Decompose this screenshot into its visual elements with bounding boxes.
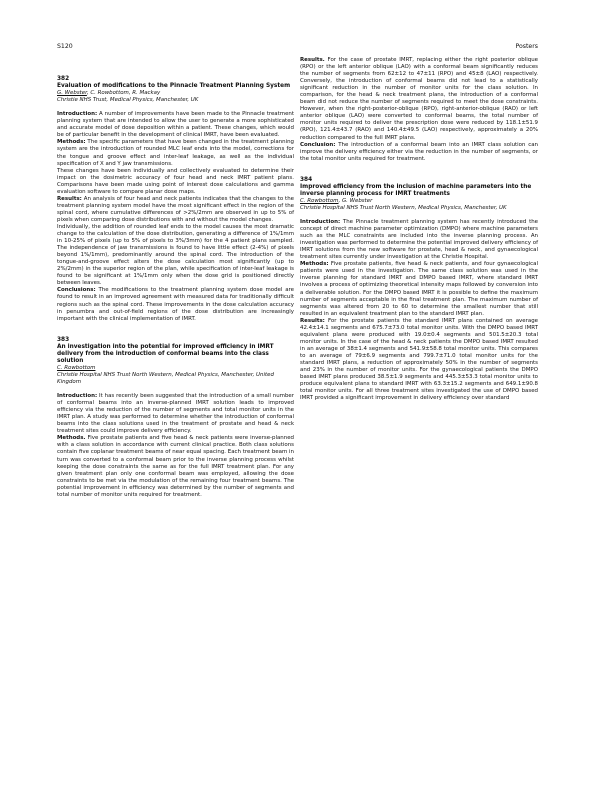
paragraph-results: Results: An analysis of four head and ne… — [57, 196, 294, 224]
paragraph-results: Results: For the prostate patients the s… — [300, 318, 538, 403]
presenting-author: C. Rowbottom — [57, 365, 95, 371]
right-column: Results. For the case of prostate IMRT, … — [300, 57, 538, 416]
abstract-authors: C. Rowbottom — [57, 365, 294, 372]
paragraph-results-cont: Individually, the addition of rounded le… — [57, 224, 294, 287]
abstract-382: 382 Evaluation of modifications to the P… — [57, 76, 294, 323]
paragraph-conclusion: Conclusion: The introduction of a confor… — [300, 142, 538, 163]
paragraph-text: An analysis of four head and neck patien… — [57, 196, 294, 223]
abstract-title: An investigation into the potential for … — [57, 344, 294, 365]
abstract-authors: G. Webster, C. Rowbottom, R. Mackay — [57, 90, 294, 97]
paragraph-lead: Methods: — [57, 139, 86, 145]
paragraph-lead: Methods: — [300, 261, 329, 267]
paragraph-text: The specific parameters that have been c… — [57, 139, 294, 166]
abstract-affiliation: Christie Hospital NHS Trust North Wester… — [300, 205, 538, 212]
coauthors: , C. Rowbottom, R. Mackay — [87, 90, 160, 96]
paragraph-methods: Methods: Five prostate patients, five he… — [300, 261, 538, 317]
paragraph-lead: Methods. — [57, 435, 86, 441]
paragraph-conclusions: Conclusions: The modifications to the tr… — [57, 287, 294, 322]
paragraph-text: Five prostate patients and five head & n… — [57, 435, 294, 497]
abstract-affiliation: Christie Hospital NHS Trust North Wester… — [57, 372, 294, 386]
paragraph-lead: Introduction: — [57, 111, 97, 117]
paragraph-text: Five prostate patients, five head & neck… — [300, 261, 538, 316]
abstract-title: Evaluation of modifications to the Pinna… — [57, 83, 294, 90]
paragraph-lead: Results: — [300, 318, 325, 324]
paragraph-lead: Conclusion: — [300, 142, 335, 148]
paragraph-methods-cont: These changes have been individually and… — [57, 168, 294, 196]
abstract-number: 382 — [57, 76, 294, 83]
paragraph-text: For the case of prostate IMRT, replacing… — [300, 57, 538, 141]
paragraph-lead: Results: — [57, 196, 82, 202]
paragraph-lead: Introduction: — [300, 219, 340, 225]
page-number: S120 — [57, 43, 73, 50]
paragraph-methods: Methods: The specific parameters that ha… — [57, 139, 294, 167]
abstract-number: 383 — [57, 337, 294, 344]
abstract-authors: C. Rowbottom, G. Webster — [300, 198, 538, 205]
abstract-383: 383 An investigation into the potential … — [57, 337, 294, 499]
abstract-affiliation: Christie NHS Trust, Medical Physics, Man… — [57, 97, 294, 104]
abstract-384: 384 Improved efficiency from the inclusi… — [300, 177, 538, 403]
paragraph-text: Individually, the addition of rounded le… — [57, 224, 294, 286]
abstract-383-continued: Results. For the case of prostate IMRT, … — [300, 57, 538, 163]
paragraph-results: Results. For the case of prostate IMRT, … — [300, 57, 538, 142]
paragraph-introduction: Introduction: A number of improvements h… — [57, 111, 294, 139]
paragraph-introduction: Introduction: It has recently been sugge… — [57, 393, 294, 435]
coauthors: , G. Webster — [338, 198, 372, 204]
paragraph-text: The Pinnacle treatment planning system h… — [300, 219, 538, 260]
abstract-number: 384 — [300, 177, 538, 184]
presenting-author: G. Webster — [57, 90, 87, 96]
paragraph-lead: Conclusions: — [57, 287, 96, 293]
paragraph-text: For the prostate patients the standard I… — [300, 318, 538, 402]
paragraph-introduction: Introduction: The Pinnacle treatment pla… — [300, 219, 538, 261]
paragraph-lead: Results. — [300, 57, 325, 63]
section-label: Posters — [515, 43, 538, 50]
paragraph-text: It has recently been suggested that the … — [57, 393, 294, 434]
presenting-author: C. Rowbottom — [300, 198, 338, 204]
paragraph-text: These changes have been individually and… — [57, 168, 294, 195]
left-column: 382 Evaluation of modifications to the P… — [57, 76, 294, 513]
paragraph-text: The introduction of a conformal beam int… — [300, 142, 538, 162]
paragraph-lead: Introduction: — [57, 393, 97, 399]
paragraph-methods: Methods. Five prostate patients and five… — [57, 435, 294, 498]
abstract-title: Improved efficiency from the inclusion o… — [300, 184, 538, 198]
